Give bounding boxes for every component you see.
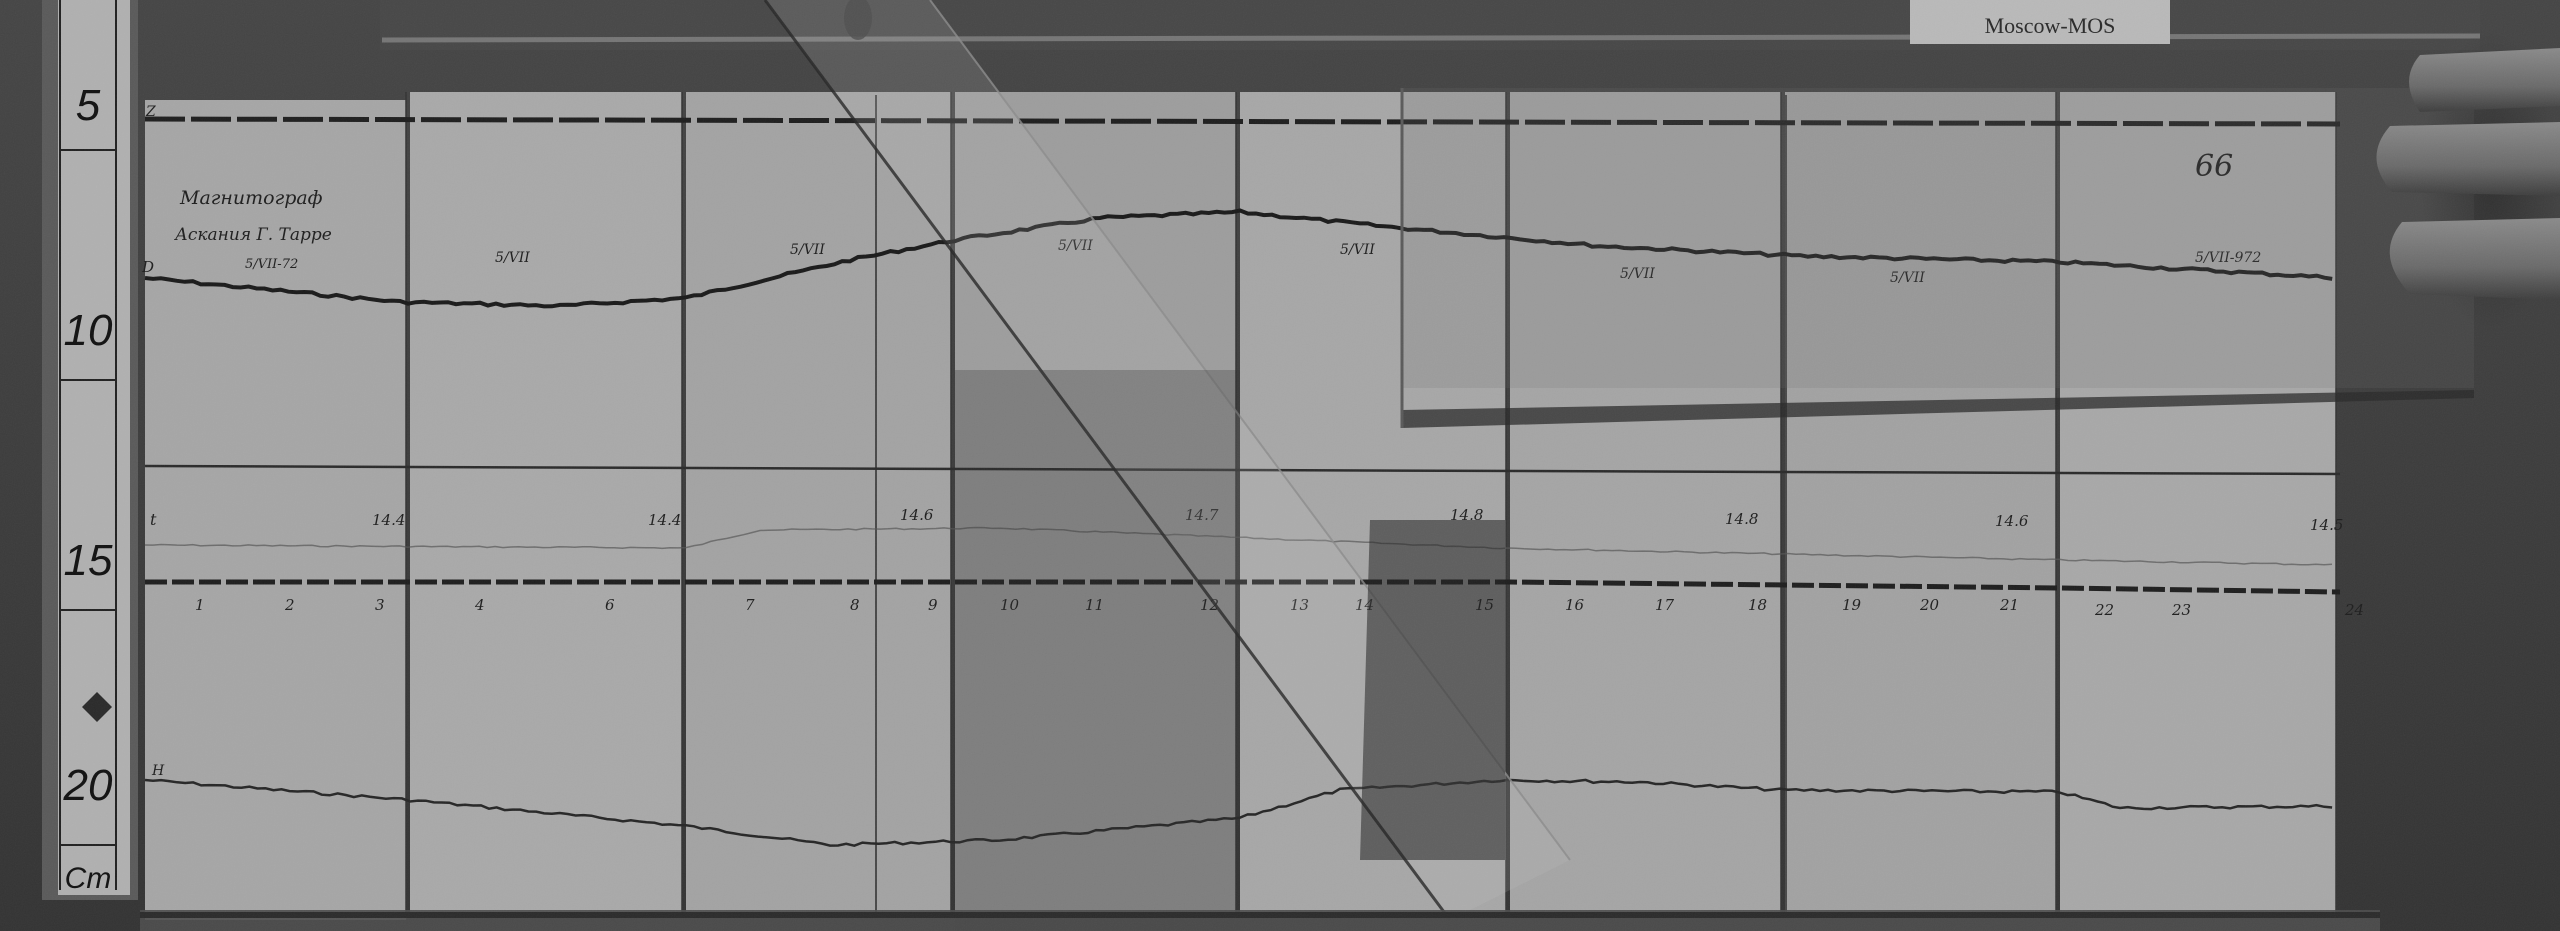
- photo-scene: Moscow-MOS Магнитограф Аскания Г. Тарре …: [0, 0, 2560, 931]
